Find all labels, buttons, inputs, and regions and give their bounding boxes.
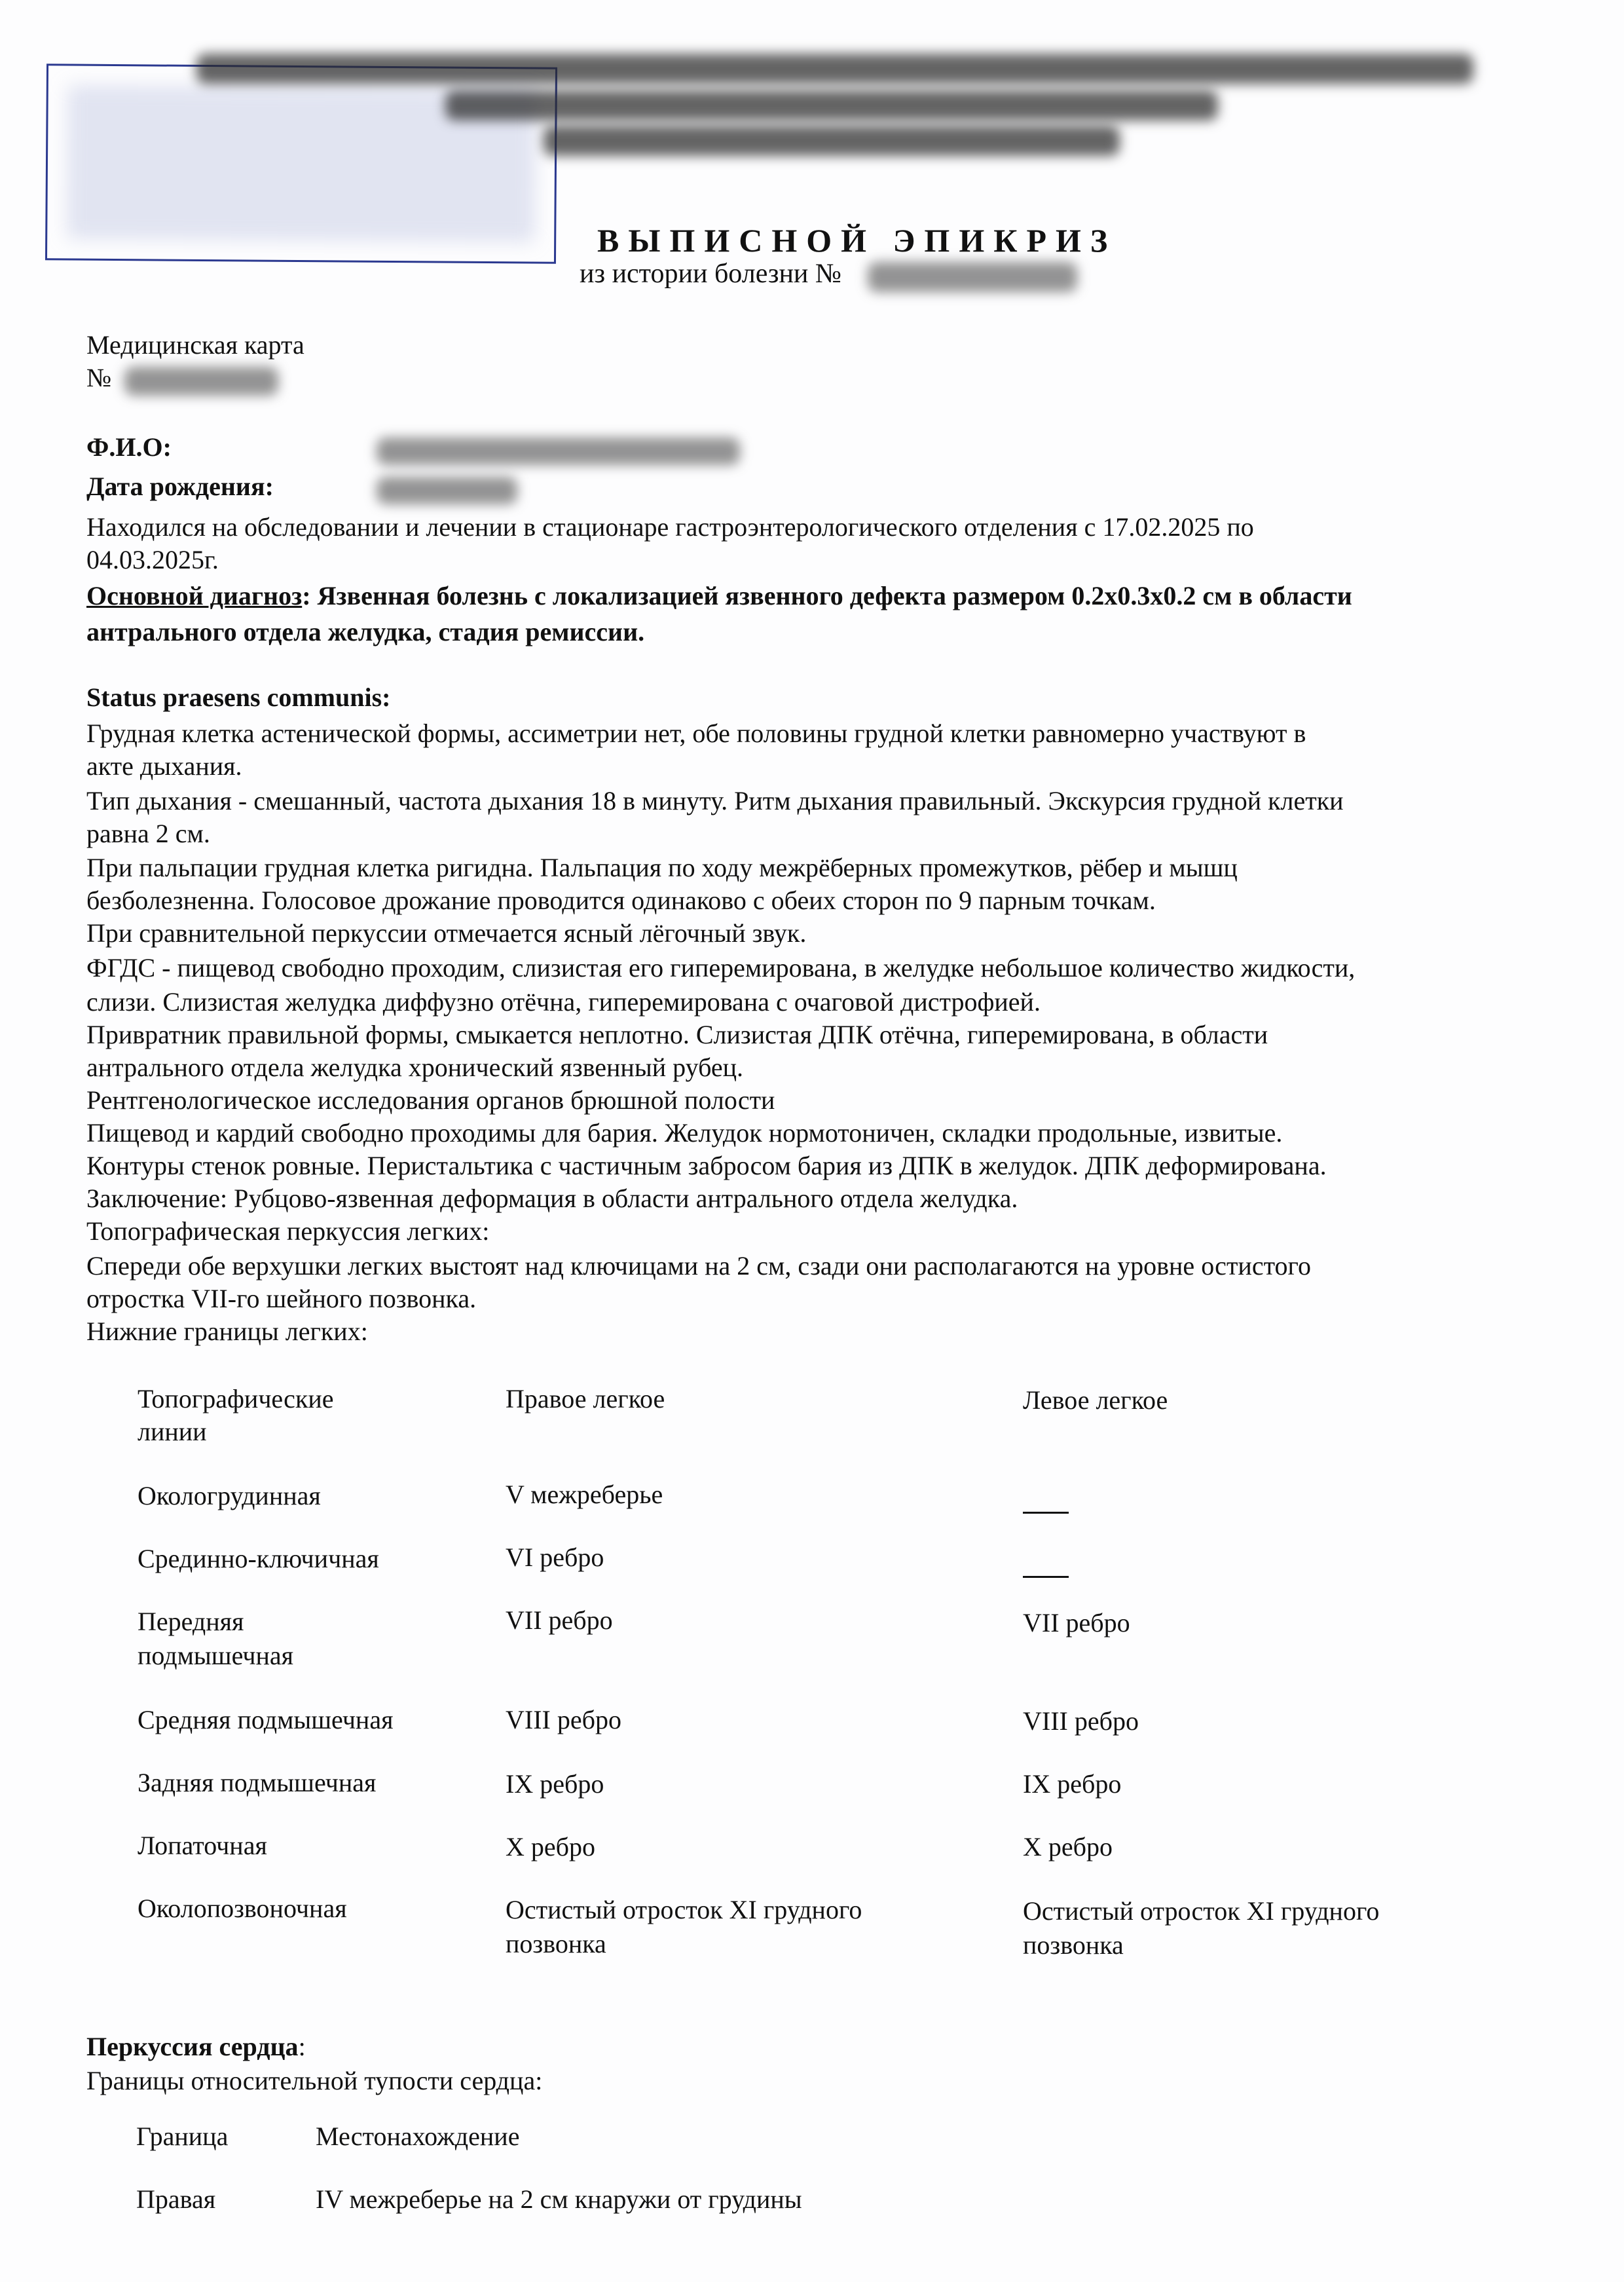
status-line: антрального отдела желудка хронический я… <box>86 1051 743 1084</box>
status-line: Привратник правильной формы, смыкается н… <box>86 1019 1268 1051</box>
lung-row-right: V межреберье <box>506 1478 663 1512</box>
diagnosis-line-1: Основной диагноз: Язвенная болезнь с лок… <box>86 580 1352 612</box>
lung-row-line: Срединно-ключичная <box>138 1542 379 1576</box>
status-line: Контуры стенок ровные. Перистальтика с ч… <box>86 1150 1327 1182</box>
lung-table-header-right: Правое легкое <box>506 1382 665 1416</box>
lung-row-left: Остистый отросток XI грудного <box>1023 1894 1379 1928</box>
lung-row-right: IX ребро <box>506 1767 604 1801</box>
heart-row-border: Правая <box>136 2182 215 2217</box>
heart-percussion-heading: Перкуссия сердца: <box>86 2030 306 2063</box>
status-line: Спереди обе верхушки легких выстоят над … <box>86 1250 1311 1282</box>
institution-subtitle-redacted <box>544 126 1120 156</box>
stay-period-line-1: Находился на обследовании и лечении в ст… <box>86 511 1254 544</box>
heart-subheading: Границы относительной тупости сердца: <box>86 2065 542 2097</box>
status-line: При пальпации грудная клетка ригидна. Па… <box>86 851 1238 884</box>
lung-row-left: VIII ребро <box>1023 1704 1139 1738</box>
status-line: отростка VII-го шейного позвонка. <box>86 1282 476 1315</box>
diagnosis-label: Основной диагноз <box>86 581 302 610</box>
medical-card-number-redacted <box>124 367 278 396</box>
status-line: слизи. Слизистая желудка диффузно отёчна… <box>86 986 1041 1019</box>
status-line: безболезненна. Голосовое дрожание провод… <box>86 884 1156 917</box>
ministry-name-redacted <box>445 90 1218 121</box>
status-line: равна 2 см. <box>86 817 210 850</box>
diagnosis-text: : Язвенная болезнь с локализацией язвенн… <box>302 581 1352 610</box>
heart-heading-text: Перкуссия сердца <box>86 2032 299 2061</box>
lung-row-right: VIII ребро <box>506 1703 621 1737</box>
status-heading: Status praesens communis: <box>86 681 390 714</box>
lung-row-right: VI ребро <box>506 1541 604 1575</box>
lung-row-left: IX ребро <box>1023 1767 1121 1801</box>
medical-card-label: Медицинская карта <box>86 329 304 362</box>
diagnosis-line-2: антрального отдела желудка, стадия ремис… <box>86 616 644 648</box>
status-line: Топографическая перкуссия легких: <box>86 1215 489 1248</box>
heart-table-header-location: Местонахождение <box>316 2120 519 2154</box>
status-line: ФГДС - пищевод свободно проходим, слизис… <box>86 952 1355 984</box>
dob-label: Дата рождения: <box>86 470 274 503</box>
lung-row-line: Средняя подмышечная <box>138 1703 394 1737</box>
lung-row-right-cont: позвонка <box>506 1927 606 1961</box>
medical-card-number-prefix: № <box>86 362 111 394</box>
document-title: ВЫПИСНОЙ ЭПИКРИЗ <box>597 221 1116 259</box>
status-line: Заключение: Рубцово-язвенная деформация … <box>86 1182 1018 1215</box>
status-line: При сравнительной перкуссии отмечается я… <box>86 917 806 950</box>
status-line: Нижние границы легких: <box>86 1315 368 1348</box>
status-line: Грудная клетка астенической формы, ассим… <box>86 717 1306 750</box>
lung-table-header-left: Левое легкое <box>1023 1383 1168 1417</box>
lung-row-left: X ребро <box>1023 1830 1113 1864</box>
patient-name-redacted <box>377 438 740 465</box>
status-line: Пищевод и кардий свободно проходимы для … <box>86 1117 1282 1150</box>
lung-row-right: VII ребро <box>506 1603 613 1637</box>
status-line: Тип дыхания - смешанный, частота дыхания… <box>86 785 1344 817</box>
lung-row-line: Окологрудинная <box>138 1479 321 1513</box>
case-history-number-redacted <box>868 262 1077 292</box>
lung-row-left-empty-dash <box>1023 1512 1069 1514</box>
lung-row-left-cont: позвонка <box>1023 1928 1124 1962</box>
document-subtitle: из истории болезни № <box>580 258 841 290</box>
lung-row-line: Задняя подмышечная <box>138 1766 376 1800</box>
heart-heading-colon: : <box>299 2032 306 2061</box>
lung-row-left-empty-dash <box>1023 1576 1069 1578</box>
lung-row-line: Передняя <box>138 1605 244 1639</box>
lung-row-line: Околопозвоночная <box>138 1892 347 1926</box>
heart-row-location: IV межреберье на 2 см кнаружи от грудины <box>316 2182 802 2217</box>
institution-name-redacted <box>196 54 1473 84</box>
lung-row-right: X ребро <box>506 1830 595 1864</box>
status-line: акте дыхания. <box>86 750 242 783</box>
lung-row-line-cont: подмышечная <box>138 1639 293 1673</box>
lung-row-line: Лопаточная <box>138 1829 267 1863</box>
lung-row-right: Остистый отросток XI грудного <box>506 1893 862 1927</box>
status-line: Рентгенологическое исследования органов … <box>86 1084 775 1117</box>
lung-table-header-lines: Топографические <box>138 1382 334 1416</box>
fio-label: Ф.И.О: <box>86 431 172 464</box>
discharge-summary-page: ВЫПИСНОЙ ЭПИКРИЗ из истории болезни № Ме… <box>0 0 1624 2282</box>
dob-value-redacted <box>377 477 517 504</box>
stay-period-line-2: 04.03.2025г. <box>86 544 219 576</box>
lung-table-header-lines-cont: линии <box>138 1415 207 1449</box>
lung-row-left: VII ребро <box>1023 1606 1130 1640</box>
heart-table-header-border: Граница <box>136 2120 228 2154</box>
